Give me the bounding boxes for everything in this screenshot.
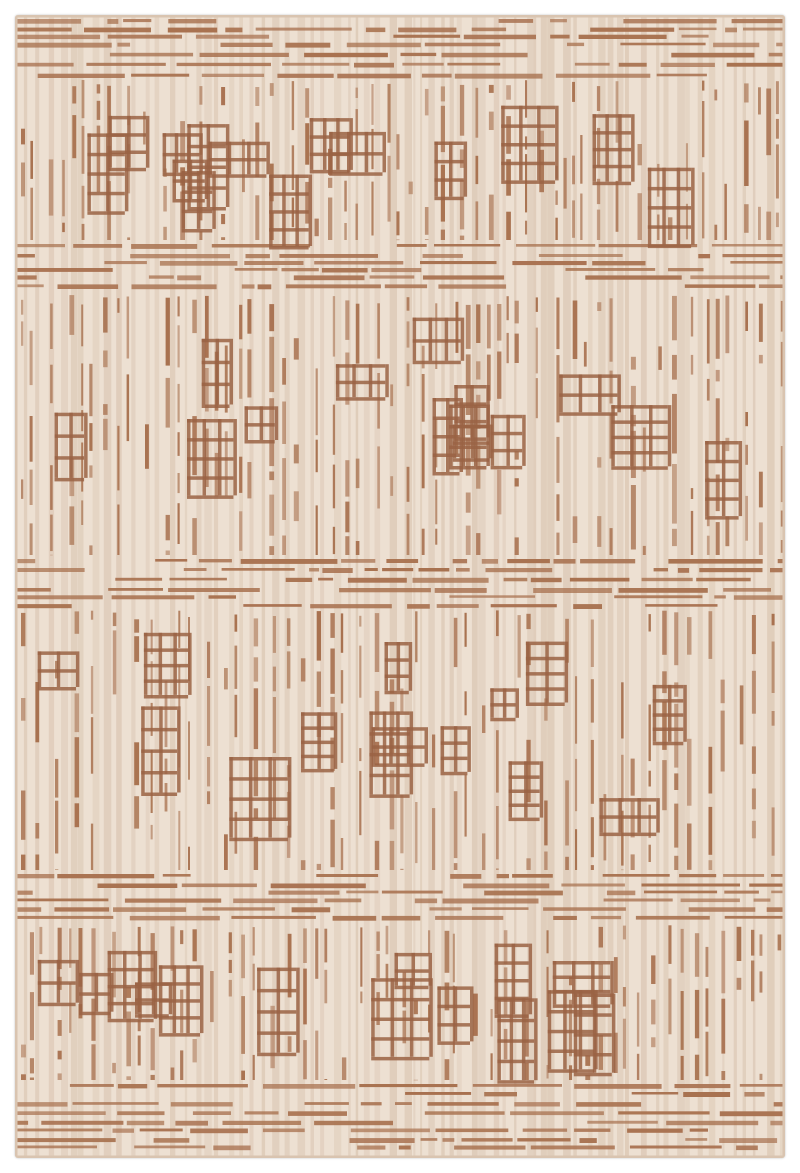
rug [15, 15, 785, 1158]
rug-pattern [15, 15, 785, 1158]
